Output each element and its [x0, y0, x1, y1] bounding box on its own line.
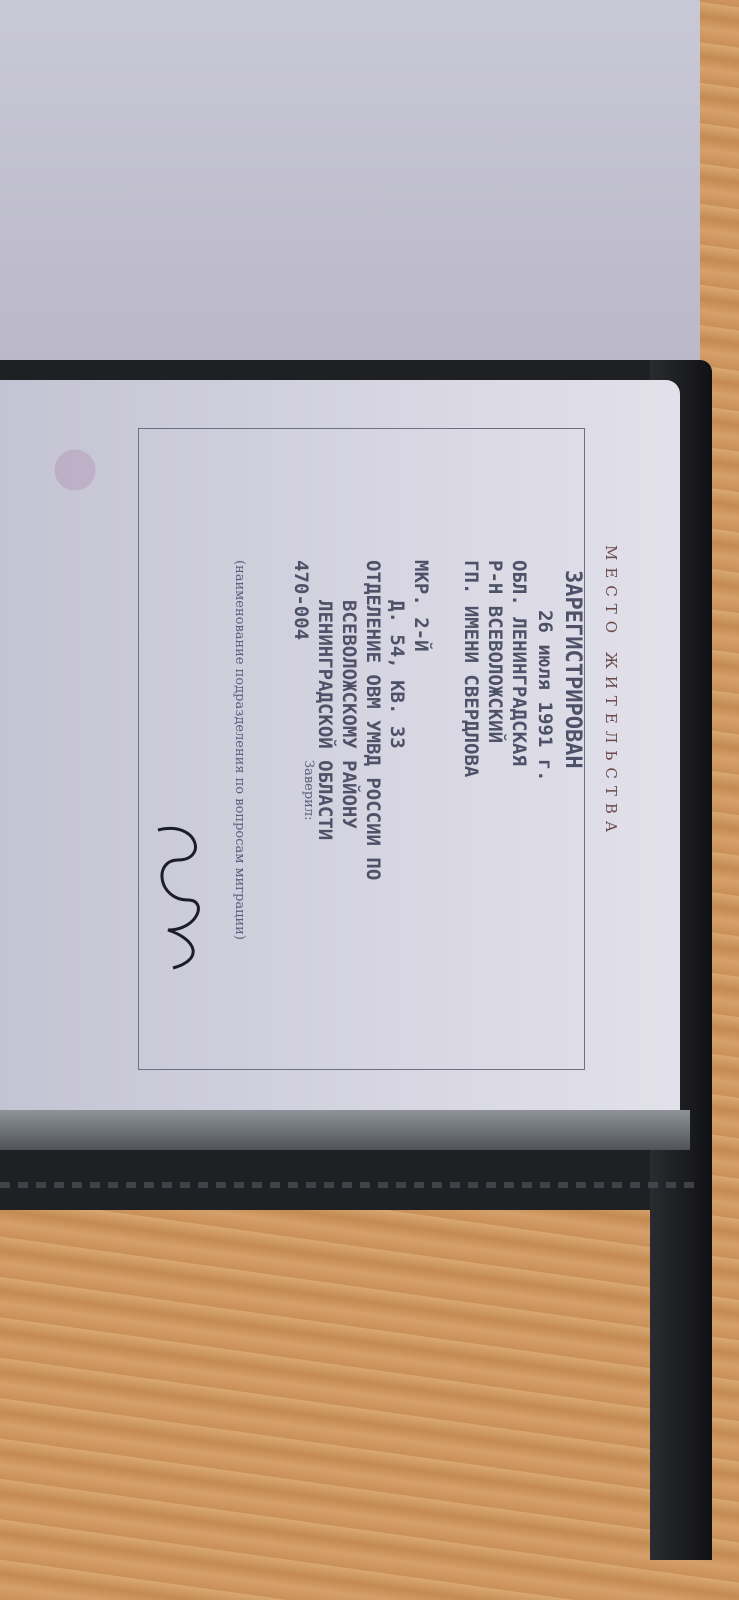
locality-value: ГП. ИМЕНИ СВЕРДЛОВА — [460, 560, 482, 777]
authority-line-2: ВСЕВОЛОЖСКОМУ РАЙОНУ — [338, 600, 360, 829]
upper-passport-page — [0, 0, 700, 390]
security-ornament — [0, 400, 150, 540]
registration-date: 26 июля 1991 г. — [534, 610, 556, 782]
certified-label: Заверил: — [301, 760, 316, 821]
stamp-footer: (наименование подразделения по вопросам … — [228, 560, 250, 1080]
department-code: 470-004 — [290, 560, 312, 640]
authority-line-1: ОТДЕЛЕНИЕ ОВМ УМВД РОССИИ ПО — [362, 560, 384, 880]
plastic-sleeve-edge — [0, 1110, 690, 1150]
registration-status: ЗАРЕГИСТРИРОВАН — [560, 570, 585, 769]
house-value: Д. 54, КВ. 33 — [386, 600, 408, 749]
signature — [148, 820, 218, 970]
street-value: МКР. 2-Й — [410, 560, 432, 652]
district-value: Р-Н ВСЕВОЛОЖСКИЙ — [484, 560, 506, 743]
cover-stitching — [0, 1182, 700, 1188]
region-value: ОБЛ. ЛЕНИНГРАДСКАЯ — [508, 560, 530, 766]
section-title: МЕСТО ЖИТЕЛЬСТВА — [602, 545, 620, 839]
authority-line-3: ЛЕНИНГРАДСКОЙ ОБЛАСТИ — [314, 600, 336, 840]
